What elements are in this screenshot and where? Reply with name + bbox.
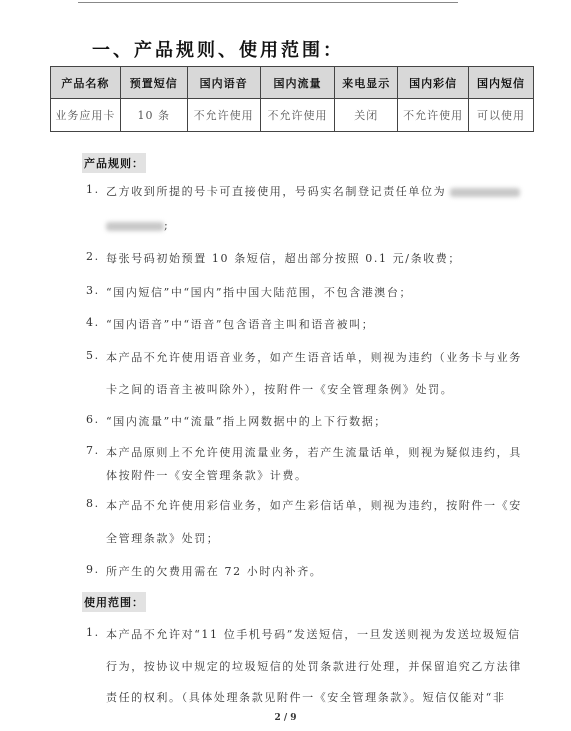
table-cell: 关闭 [335, 99, 398, 132]
list-item-text: 乙方收到所提的号卡可直接使用，号码实名制登记责任单位为 [106, 185, 446, 198]
page-number: 2 / 9 [0, 713, 571, 723]
table-cell: 可以使用 [469, 99, 534, 132]
table-header-cell: 来电显示 [335, 67, 398, 99]
list-item-text: 责任的权利。（具体处理条款见附件一《安全管理条款》。短信仅能对“非 [106, 689, 505, 705]
list-item-text: “国内短信”中“国内”指中国大陆范围，不包含港澳台； [106, 284, 412, 300]
table-header-cell: 国内短信 [469, 67, 534, 99]
list-item-text: 体按附件一《安全管理条款》计费。 [106, 467, 308, 483]
table-header-cell: 国内彩信 [398, 67, 469, 99]
list-item-text: “国内语音”中“语音”包含语音主叫和语音被叫； [106, 316, 374, 332]
table-cell: 不允许使用 [260, 99, 335, 132]
list-item-text: 本产品不允许对“11 位手机号码”发送短信，一旦发送则视为发送垃圾短信 [106, 626, 521, 642]
table-cell: 业务应用卡 [51, 99, 121, 132]
list-item-text: 本产品不允许使用语音业务，如产生语音话单，则视为违约（业务卡与业务 [106, 349, 522, 365]
table-header-cell: 国内语音 [187, 67, 260, 99]
table-cell: 不允许使用 [398, 99, 469, 132]
list-item-text: 卡之间的语音主被叫除外），按附件一《安全管理条例》处罚。 [106, 381, 453, 397]
product-spec-table: 产品名称 预置短信 国内语音 国内流量 来电显示 国内彩信 国内短信 业务应用卡… [50, 66, 534, 132]
section-heading: 一、产品规则、使用范围： [92, 36, 344, 62]
list-item-text: 每张号码初始预置 10 条短信，超出部分按照 0.1 元/条收费； [106, 250, 461, 266]
list-item-text: 本产品不允许使用彩信业务，如产生彩信话单，则视为违约，按附件一《安 [106, 497, 522, 513]
table-header-cell: 产品名称 [51, 67, 121, 99]
usage-scope-label: 使用范围： [82, 592, 146, 612]
list-item-text: 行为，按协议中规定的垃圾短信的处罚条款进行处理，并保留追究乙方法律 [106, 658, 522, 674]
table-cell: 不允许使用 [187, 99, 260, 132]
table-header-row: 产品名称 预置短信 国内语音 国内流量 来电显示 国内彩信 国内短信 [51, 67, 534, 99]
redacted-text [106, 222, 164, 231]
table-header-cell: 国内流量 [260, 67, 335, 99]
redacted-text [450, 188, 520, 197]
table-cell: 10 条 [120, 99, 187, 132]
list-item-text: 全管理条款》处罚； [106, 530, 219, 546]
list-item-text: “国内流量”中“流量”指上网数据中的上下行数据； [106, 413, 387, 429]
table-row: 业务应用卡 10 条 不允许使用 不允许使用 关闭 不允许使用 可以使用 [51, 99, 534, 132]
product-rules-label: 产品规则： [82, 153, 146, 173]
page-header-rule [78, 2, 458, 3]
list-item-text: 所产生的欠费用需在 72 小时内补齐。 [106, 563, 322, 579]
list-item-text: 本产品原则上不允许使用流量业务，若产生流量话单，则视为疑似违约，具 [106, 444, 522, 460]
table-header-cell: 预置短信 [120, 67, 187, 99]
list-item-text: ; [164, 219, 169, 232]
